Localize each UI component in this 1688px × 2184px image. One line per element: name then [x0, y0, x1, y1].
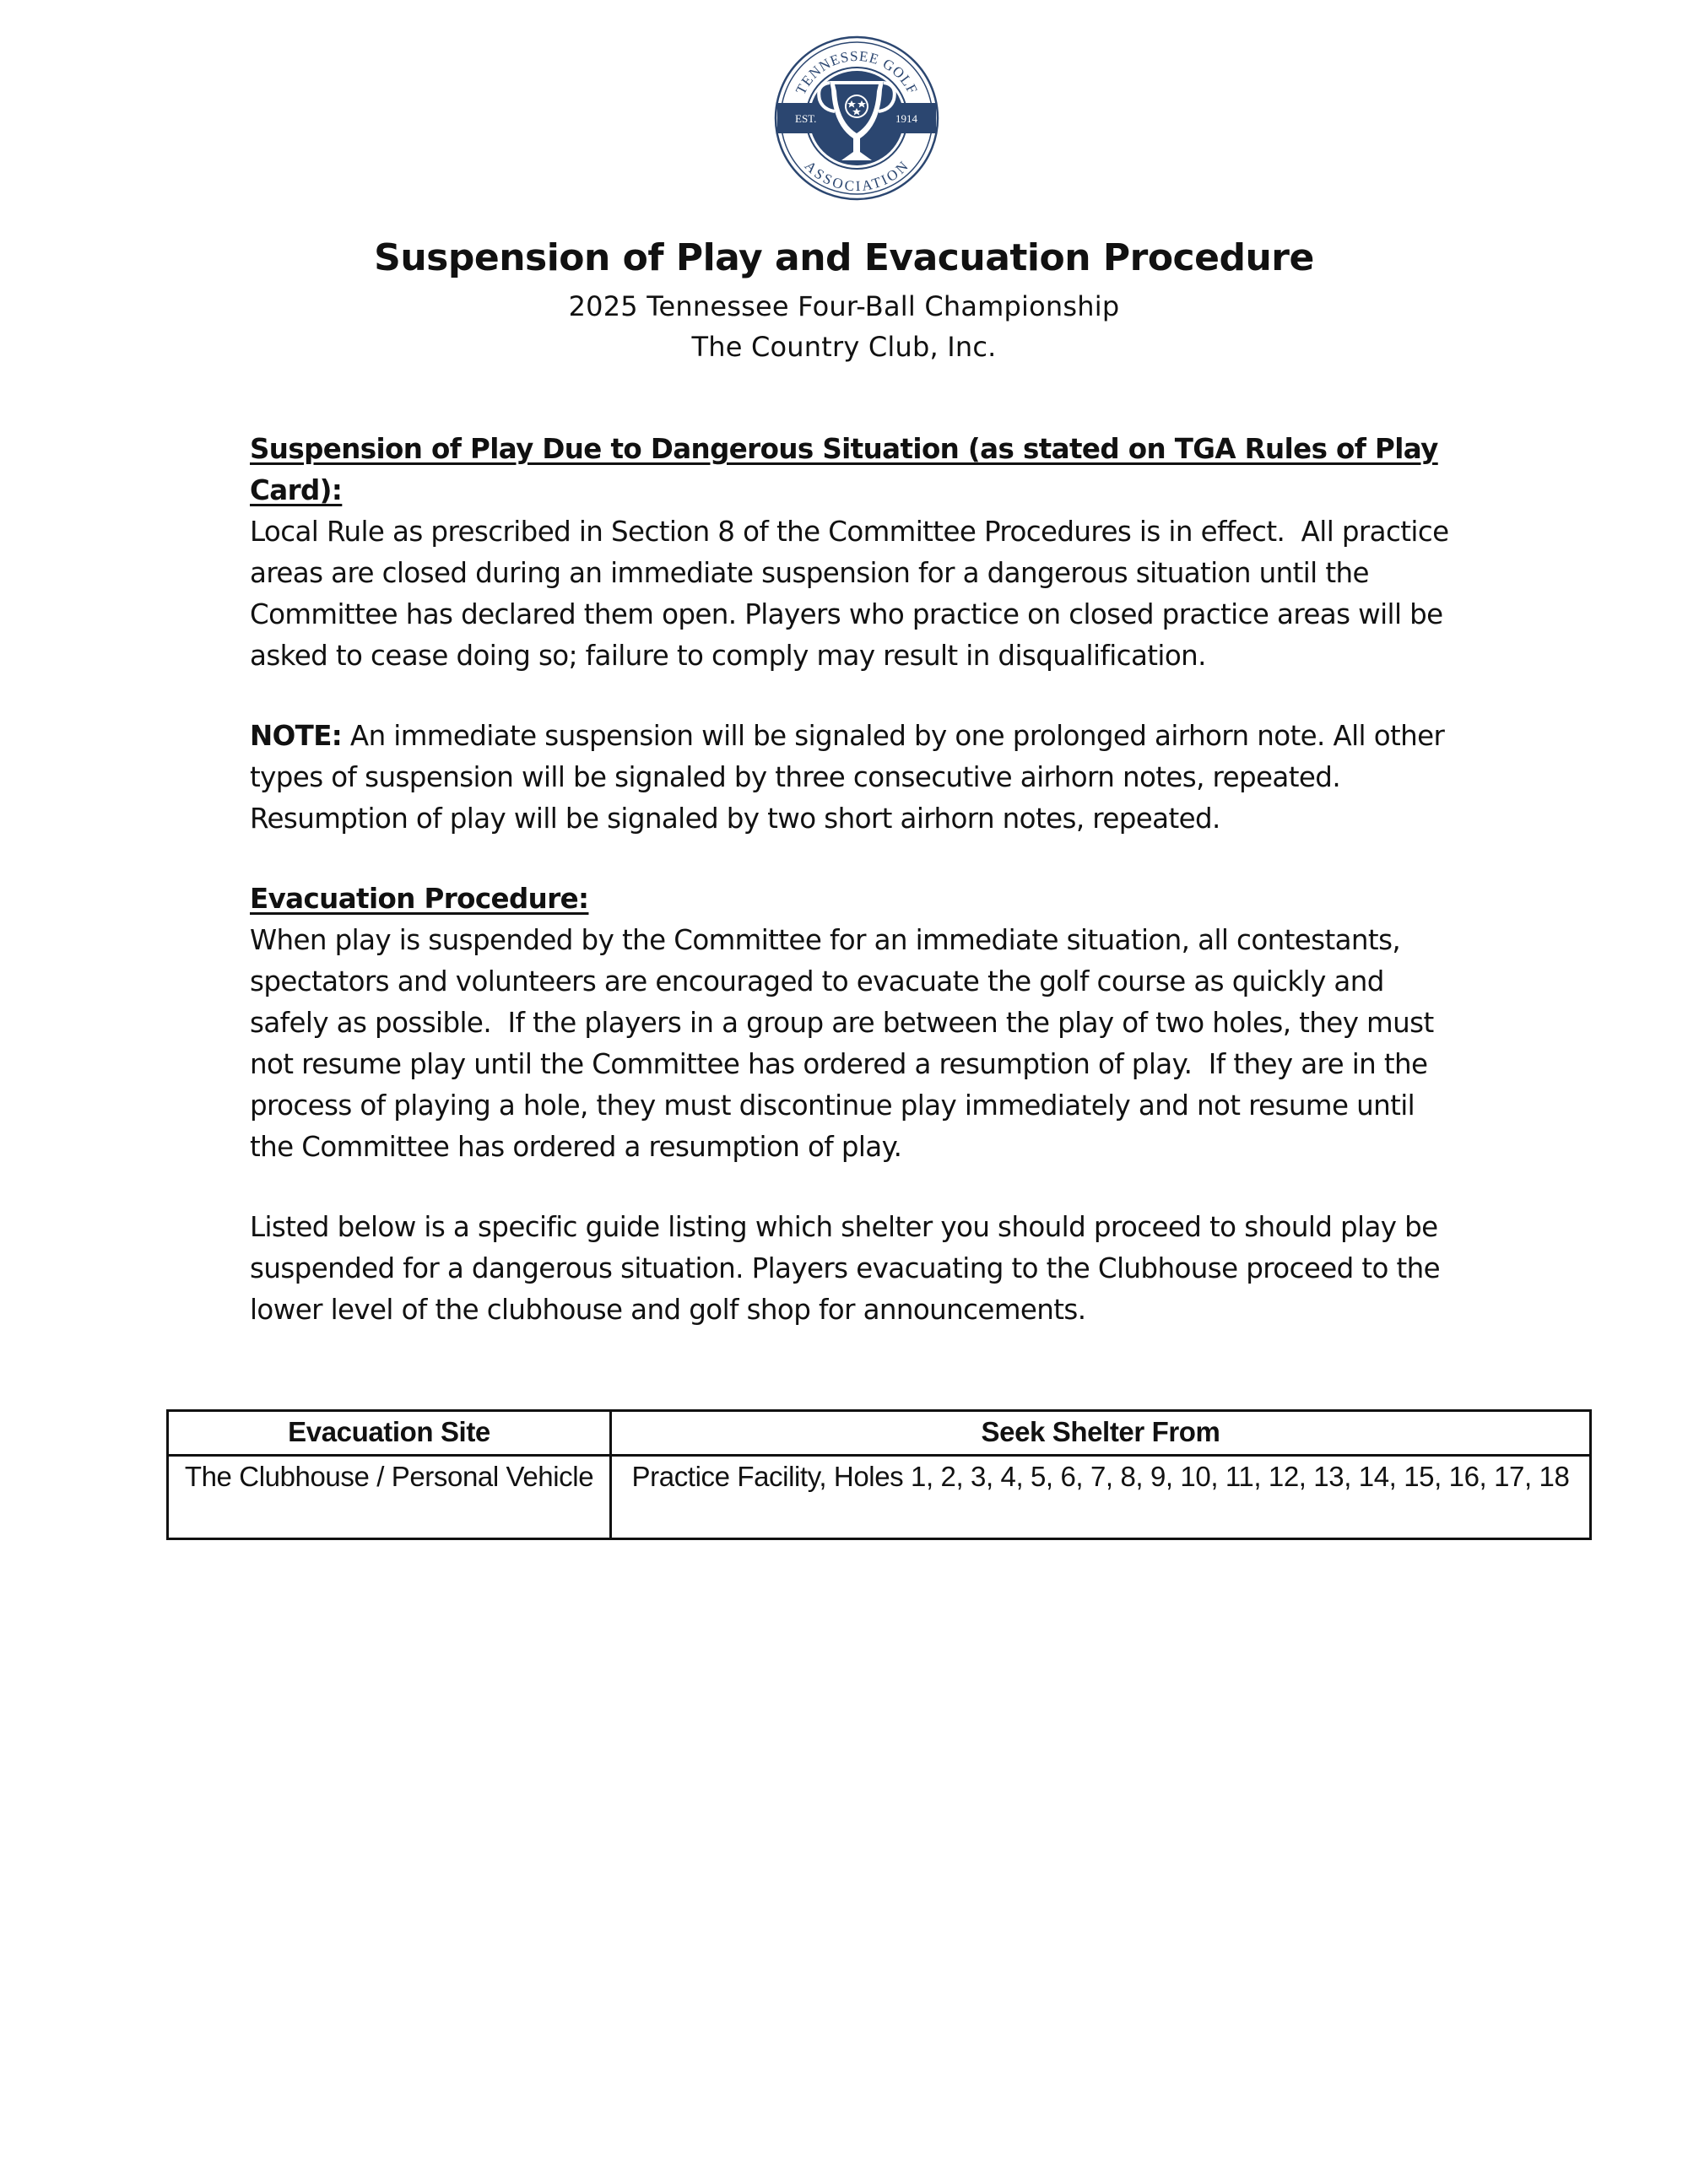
column-header-evacuation-site: Evacuation Site — [168, 1411, 611, 1456]
tga-logo: EST. 1914 TENNESSEE GOLF ASSOCIATION — [772, 34, 941, 203]
column-header-seek-shelter-from: Seek Shelter From — [611, 1411, 1591, 1456]
document-body: Suspension of Play Due to Dangerous Situ… — [250, 429, 1465, 1331]
suspension-paragraph: Local Rule as prescribed in Section 8 of… — [250, 511, 1465, 677]
note-paragraph: NOTE: An immediate suspension will be si… — [250, 716, 1465, 840]
venue-subtitle: The Country Club, Inc. — [0, 331, 1688, 363]
tennessee-golf-association-seal-icon: EST. 1914 TENNESSEE GOLF ASSOCIATION — [772, 34, 941, 203]
page-title: Suspension of Play and Evacuation Proced… — [0, 236, 1688, 279]
spacer — [250, 840, 1465, 878]
evacuation-table: Evacuation Site Seek Shelter From The Cl… — [166, 1409, 1592, 1540]
evacuation-paragraph: When play is suspended by the Committee … — [250, 920, 1465, 1168]
evacuation-heading: Evacuation Procedure: — [250, 878, 1465, 920]
evacuation-site-cell: The Clubhouse / Personal Vehicle — [168, 1456, 611, 1539]
spacer — [250, 677, 1465, 716]
note-label: NOTE: — [250, 720, 342, 752]
event-subtitle: 2025 Tennessee Four-Ball Championship — [0, 290, 1688, 322]
table-row: The Clubhouse / Personal Vehicle Practic… — [168, 1456, 1591, 1539]
logo-year-text: 1914 — [895, 112, 918, 125]
spacer — [250, 1168, 1465, 1207]
suspension-heading: Suspension of Play Due to Dangerous Situ… — [250, 429, 1465, 511]
note-text: An immediate suspension will be signaled… — [250, 720, 1453, 835]
seek-shelter-from-cell: Practice Facility, Holes 1, 2, 3, 4, 5, … — [611, 1456, 1591, 1539]
logo-est-text: EST. — [795, 112, 816, 125]
guide-paragraph: Listed below is a specific guide listing… — [250, 1207, 1465, 1331]
table-header-row: Evacuation Site Seek Shelter From — [168, 1411, 1591, 1456]
